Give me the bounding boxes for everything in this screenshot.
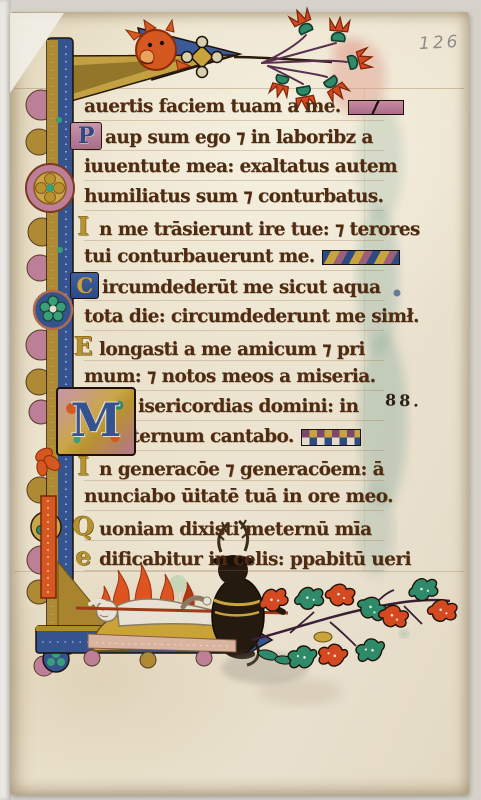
line-text: humiliatus sum ⁊ conturbatus. — [84, 186, 383, 207]
text-block: auertis faciem tuam a me. Paup sum ego ⁊… — [84, 92, 384, 572]
initial-P: P — [70, 122, 102, 150]
text-line: edificabitur in celis: ppabitū ueri — [84, 542, 384, 572]
line-text: n generacōe ⁊ generacōem: ā — [99, 459, 384, 480]
initial-I: I — [70, 212, 96, 242]
folio-number: 126 — [419, 32, 461, 54]
text-line: humiliatus sum ⁊ conturbatus. — [84, 182, 384, 212]
text-line: tota die: circumdederunt me simł. — [84, 302, 384, 332]
manuscript-photo: { "folio": { "number": "126" }, "margin"… — [0, 0, 481, 800]
initial-M-letter: M — [71, 393, 122, 447]
line-text: uoniam dixisti meternū mīa — [99, 519, 371, 540]
line-text: ircumdederūt me sicut aqua — [102, 277, 380, 298]
text-line: tui conturbauerunt me. — [84, 242, 384, 272]
initial-Q: Q — [70, 512, 96, 542]
line-text: tui conturbauerunt me. — [84, 246, 315, 267]
initial-e: e — [70, 542, 96, 572]
text-line: iuuentute mea: exaltatus autem — [84, 152, 384, 182]
text-line: nunciabo ūitatē tuā in ore meo. — [84, 482, 384, 512]
initial-I: I — [70, 452, 96, 482]
line-text: aup sum ego ⁊ in laboribz a — [105, 127, 373, 148]
line-text: iuuentute mea: exaltatus autem — [84, 156, 397, 177]
text-line: In generacōe ⁊ generacōem: ā — [84, 452, 384, 482]
line-text: n me trāsierunt ire tue: ⁊ terores — [99, 219, 420, 240]
text-line: Quoniam dixisti meternū mīa — [84, 512, 384, 542]
initial-E: E — [70, 332, 96, 362]
line-text: longasti a me amicum ⁊ pri — [99, 339, 365, 360]
line-text: dificabitur in celis: ppabitū ueri — [99, 549, 411, 570]
text-line: Elongasti a me amicum ⁊ pri — [84, 332, 384, 362]
line-text: auertis faciem tuam a me. — [84, 96, 341, 117]
initial-C: C — [70, 272, 99, 299]
line-text: eternum cantabo. — [120, 426, 294, 447]
text-line: In me trāsierunt ire tue: ⁊ terores — [84, 212, 384, 242]
ruling-line-left — [66, 88, 67, 588]
text-line: auertis faciem tuam a me. — [84, 92, 384, 122]
text-line: Circumdederūt me sicut aqua — [84, 272, 384, 302]
line-filler-zigzag-band-icon — [322, 250, 400, 265]
line-text: mum: ⁊ notos meos a miseria. — [84, 366, 376, 387]
line-filler-triangle-band-icon — [348, 100, 404, 115]
psalm-margin-number: 88. — [385, 390, 422, 410]
ruling-line-top — [14, 88, 464, 89]
text-line: Paup sum ego ⁊ in laboribz a — [84, 122, 384, 152]
line-text: tota die: circumdederunt me simł. — [84, 306, 419, 327]
line-text: nunciabo ūitatē tuā in ore meo. — [84, 486, 393, 507]
illuminated-initial-M: M — [56, 387, 136, 456]
line-filler-checker-band-icon — [301, 429, 361, 446]
line-text: isericordias domini: in — [138, 396, 358, 417]
